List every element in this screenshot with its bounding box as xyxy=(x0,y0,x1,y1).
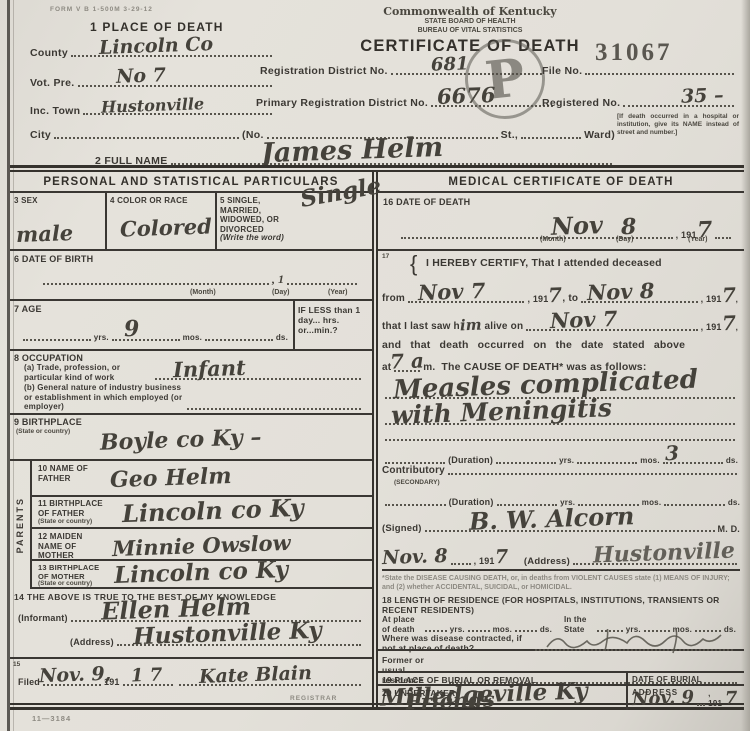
signed-address-line: Hustonville xyxy=(573,563,737,565)
death-certificate-scan: FORM V B 1-500M 3-29-12 1 PLACE OF DEATH… xyxy=(0,0,750,731)
to-line: Nov 8 xyxy=(581,301,697,303)
signed-label: (Signed) xyxy=(382,523,422,534)
town-field: Inc. Town Hustonville xyxy=(30,91,275,117)
to-year-printed: , 191 xyxy=(701,294,722,305)
signed-year-printed: , 191 xyxy=(474,556,495,567)
father-name-value: Geo Helm xyxy=(110,465,232,491)
age-ds-line xyxy=(205,339,273,341)
section-place-of-death-title: 1 PLACE OF DEATH xyxy=(90,20,224,34)
dob-fragment: , 1 xyxy=(272,272,284,287)
age-mos-value: 9 xyxy=(123,318,139,341)
age-cell-divider xyxy=(293,301,295,349)
filed-section-number: 15 xyxy=(13,661,20,669)
town-label: Inc. Town xyxy=(30,105,80,117)
town-line: Hustonville xyxy=(83,113,272,115)
precinct-line: No 7 xyxy=(78,85,272,87)
birthplace-label: 9 BIRTHPLACE xyxy=(14,417,82,428)
dod-label: 16 DATE OF DEATH xyxy=(383,197,470,208)
city-line xyxy=(54,137,239,139)
contributory-line xyxy=(448,473,737,475)
contracted-label: Where was disease contracted, if not at … xyxy=(382,633,532,653)
mother-birthplace-value: Lincoln co Ky xyxy=(114,558,289,587)
m-label: m. xyxy=(423,362,435,374)
occurred-text: and that death occurred on the date stat… xyxy=(382,339,734,352)
mother-name-value: Minnie Owslow xyxy=(112,532,291,559)
dob-line-2 xyxy=(287,283,357,285)
header-divider xyxy=(10,165,744,172)
registrar-line: Kate Blain xyxy=(179,684,361,686)
dur2-lead xyxy=(385,504,446,506)
to-label: , to xyxy=(562,293,578,305)
duration-yrs-line xyxy=(496,462,556,464)
registration-district-value: 681 xyxy=(430,55,468,74)
filed-date-line: Nov. 9, xyxy=(43,684,101,686)
county-value: Lincoln Co xyxy=(99,35,214,58)
duration-mos-line xyxy=(577,462,637,464)
certificate: FORM V B 1-500M 3-29-12 1 PLACE OF DEATH… xyxy=(10,3,744,710)
from-line: Nov 7 xyxy=(408,301,524,303)
row-father-birthplace: 11 BIRTHPLACE OF FATHER (State or countr… xyxy=(32,497,372,529)
informant-address-label: (Address) xyxy=(70,637,114,648)
to-year-value: 7 xyxy=(721,285,736,305)
row-date-of-death: 16 DATE OF DEATH Nov 8 , 191 7 (Month) (… xyxy=(378,193,744,251)
registrar-label: REGISTRAR xyxy=(290,695,337,703)
dur2-ds-line xyxy=(664,504,725,506)
file-number-field: File No. xyxy=(542,61,737,77)
contracted-line xyxy=(535,649,733,651)
sd-line xyxy=(451,563,471,565)
age-yrs-label: yrs. xyxy=(94,333,109,343)
row-mother-birthplace: 13 BIRTHPLACE OF MOTHER (State or countr… xyxy=(32,561,372,589)
registered-number-line: 35 – xyxy=(623,105,734,107)
street-label: St., xyxy=(501,129,519,141)
saw-line: Nov 7 xyxy=(526,329,697,331)
at-value: 7 a xyxy=(390,350,425,371)
age-ds-label: ds. xyxy=(276,333,288,343)
cause-footnote: *State the DISEASE CAUSING DEATH, or, in… xyxy=(382,575,738,593)
full-name-field: 2 FULL NAME James Helm xyxy=(95,143,615,167)
dob-year-caption: (Year) xyxy=(328,289,347,296)
cell-divider-1 xyxy=(105,193,107,249)
res1-mos-line xyxy=(468,630,490,632)
signed-address-label: (Address) xyxy=(524,556,570,567)
precinct-field: Vot. Pre. No 7 xyxy=(30,63,275,89)
saw-year-printed: , 191 xyxy=(701,322,722,333)
age-mos-label: mos. xyxy=(183,333,202,343)
signed-address-value: Hustonville xyxy=(593,540,736,567)
cause-value-2: with Meningitis xyxy=(391,395,613,428)
informant-address-line: Hustonville Ky xyxy=(117,644,361,646)
informant-label: (Informant) xyxy=(18,613,68,624)
ward-label: Ward) xyxy=(584,129,615,141)
parents-strip: PARENTS xyxy=(10,461,32,589)
dur2-ds: ds. xyxy=(728,498,740,508)
duration-lead-line xyxy=(385,462,445,464)
from-year-value: 7 xyxy=(548,285,563,305)
commonwealth-line: Commonwealth of Kentucky xyxy=(340,5,600,18)
contributory-label: Contributory xyxy=(382,465,445,477)
mother-birthplace-label: 13 BIRTHPLACE OF MOTHER xyxy=(38,563,108,581)
filed-year-line: 1 7 xyxy=(123,684,173,686)
medical-section-title: MEDICAL CERTIFICATE OF DEATH xyxy=(378,172,744,193)
row-filed: 15 Filed Nov. 9, 191 1 7 Kate Blain REGI… xyxy=(10,659,372,710)
saw-value: Nov 7 xyxy=(550,308,618,331)
signed-line: B. W. Alcorn xyxy=(425,530,715,532)
signed-date-address-field: Nov. 8 , 191 7 (Address) Hustonville xyxy=(382,549,740,571)
occupation-a-value: Infant xyxy=(173,357,246,381)
illegible-handwriting-scrawl xyxy=(545,629,725,655)
dur2-mos: mos. xyxy=(642,498,661,508)
sex-label: 3 SEX xyxy=(14,196,38,206)
registered-number-field: Registered No. 35 – xyxy=(542,89,737,109)
to-value: Nov 8 xyxy=(587,280,655,303)
precinct-value: No 7 xyxy=(115,66,166,87)
city-label: City xyxy=(30,129,51,141)
undertaker-address-label: ADDRESS xyxy=(632,688,678,698)
age-mos-line: 9 xyxy=(112,339,180,341)
row-occupation: 8 OCCUPATION (a) Trade, profession, or p… xyxy=(10,351,372,415)
hospital-note: [If death occurred in a hospital or inst… xyxy=(617,113,739,137)
certify-text: I HEREBY CERTIFY, That I attended deceas… xyxy=(426,257,662,270)
row-undertaker: 20 UNDERTAKER Friends ADDRESS xyxy=(378,684,744,710)
birthplace-value: Boyle co Ky – xyxy=(100,426,262,454)
primary-district-label: Primary Registration District No. xyxy=(256,97,428,109)
res1-yrs-line xyxy=(425,630,447,632)
occupation-a-label: (a) Trade, profession, or particular kin… xyxy=(24,363,152,382)
cell-divider-2 xyxy=(215,193,217,249)
dob-day-caption: (Day) xyxy=(272,289,290,296)
county-field: County Lincoln Co xyxy=(30,33,275,59)
full-name-value: James Helm xyxy=(260,134,443,167)
cause-line-2: with Meningitis xyxy=(385,423,735,425)
bureau-line: BUREAU OF VITAL STATISTICS xyxy=(340,27,600,36)
undertaker-cell-divider xyxy=(626,686,628,710)
signed-year-value: 7 xyxy=(494,548,508,567)
form-footer-code: 11—3184 xyxy=(32,714,71,723)
father-birthplace-label: 11 BIRTHPLACE OF FATHER xyxy=(38,499,108,518)
from-year-printed: , 191 xyxy=(527,294,548,305)
file-number-label: File No. xyxy=(542,65,582,77)
row-residence: 18 LENGTH OF RESIDENCE (FOR HOSPITALS, I… xyxy=(378,595,744,651)
at-line: 7 a xyxy=(394,370,420,372)
dob-line xyxy=(43,283,269,285)
marital-label: 5 SINGLE, MARRIED, WIDOWED, OR DIVORCED xyxy=(220,196,294,234)
from-value: Nov 7 xyxy=(418,280,486,303)
filed-year-value: 1 7 xyxy=(130,666,162,685)
certify-brace: { xyxy=(410,251,417,277)
saw-label: that I last saw h xyxy=(382,321,460,333)
res1-ds-line xyxy=(515,630,537,632)
row-date-of-birth: 6 DATE OF BIRTH , 1 (Month) (Day) (Year) xyxy=(10,251,372,301)
certify-section-number: 17 xyxy=(382,253,389,261)
registered-number-value: 35 – xyxy=(681,86,724,106)
row-certification: 17 { I HEREBY CERTIFY, That I attended d… xyxy=(378,251,744,461)
row-age: 7 AGE yrs. 9 mos. ds. IF LESS than 1 day… xyxy=(10,301,372,351)
signed-field: (Signed) B. W. Alcorn M. D. xyxy=(382,523,740,534)
row-sex-race-marital: 3 SEX male 4 COLOR OR RACE Colored 5 SIN… xyxy=(10,193,372,251)
from-label: from xyxy=(382,293,405,305)
alive-label: alive on xyxy=(484,321,523,333)
dod-day-caption: (Day) xyxy=(616,236,634,243)
age-note: IF LESS than 1 day... hrs. or...min.? xyxy=(298,305,364,336)
at-place-label: At place of death xyxy=(382,615,422,634)
contributory-field: Contributory xyxy=(382,465,740,477)
row-birthplace: 9 BIRTHPLACE (State or country) Boyle co… xyxy=(10,415,372,461)
stamp-letter: P xyxy=(482,47,527,112)
filed-label: Filed xyxy=(18,677,40,688)
row-father-name: 10 NAME OF FATHER Geo Helm xyxy=(32,461,372,497)
form-code: FORM V B 1-500M 3-29-12 xyxy=(50,6,153,14)
header-center: Commonwealth of Kentucky STATE BOARD OF … xyxy=(340,5,600,56)
age-label: 7 AGE xyxy=(14,304,42,315)
father-birthplace-note: (State or country) xyxy=(38,518,92,526)
registration-district-label: Registration District No. xyxy=(260,65,388,77)
md-label: M. D. xyxy=(718,524,741,535)
duration-ds-value: 3 xyxy=(664,443,679,463)
birthplace-note: (State or country) xyxy=(16,428,70,436)
dob-label: 6 DATE OF BIRTH xyxy=(14,254,93,265)
father-name-label: 10 NAME OF FATHER xyxy=(38,464,98,483)
mother-birthplace-note: (State or country) xyxy=(38,580,92,588)
county-label: County xyxy=(30,47,68,59)
sex-value: male xyxy=(16,222,74,245)
saw-year-value: 7 xyxy=(721,313,736,333)
street-line xyxy=(521,137,581,139)
registered-number-label: Registered No. xyxy=(542,97,620,109)
filed-date-value: Nov. 9, xyxy=(39,665,112,687)
county-line: Lincoln Co xyxy=(71,55,272,57)
dod-year-caption: (Year) xyxy=(688,236,707,243)
registrar-value: Kate Blain xyxy=(198,664,312,687)
race-value: Colored xyxy=(120,215,213,239)
board-line: STATE BOARD OF HEALTH xyxy=(340,18,600,27)
duration-ds-line: 3 xyxy=(663,462,723,464)
father-birthplace-value: Lincoln co Ky xyxy=(122,496,304,526)
occupation-b-line xyxy=(187,408,361,410)
undertaker-value: Friends xyxy=(406,688,495,712)
informant-address-value: Hustonville Ky xyxy=(132,619,321,649)
secondary-note: (SECONDARY) xyxy=(394,479,440,487)
certificate-title: CERTIFICATE OF DEATH xyxy=(340,37,600,56)
dod-day-value: 8 xyxy=(621,216,637,239)
mother-name-label: 12 MAIDEN NAME OF MOTHER xyxy=(38,532,102,561)
marital-note: (Write the word) xyxy=(220,233,284,243)
signed-date-value: Nov. 8 xyxy=(382,547,448,568)
dod-line-end xyxy=(715,237,731,239)
parents-label: PARENTS xyxy=(15,497,25,553)
age-yrs-line xyxy=(23,339,91,341)
occupation-b-label: (b) General nature of industry business … xyxy=(24,383,184,412)
file-number-line xyxy=(585,73,734,75)
row-informant: 14 THE ABOVE IS TRUE TO THE BEST OF MY K… xyxy=(10,589,372,659)
saw-hw-suffix: im xyxy=(460,318,482,334)
race-label: 4 COLOR OR RACE xyxy=(110,196,188,206)
town-value: Hustonville xyxy=(101,96,205,116)
row-mother-name: 12 MAIDEN NAME OF MOTHER Minnie Owslow xyxy=(32,529,372,561)
dod-month-caption: (Month) xyxy=(540,236,566,243)
occupation-a-line: Infant xyxy=(155,378,361,380)
precinct-label: Vot. Pre. xyxy=(30,77,75,89)
dob-month-caption: (Month) xyxy=(190,289,216,296)
cause-line-3 xyxy=(385,439,735,441)
signed-value: B. W. Alcorn xyxy=(468,505,634,535)
residence-label: 18 LENGTH OF RESIDENCE (FOR HOSPITALS, I… xyxy=(382,595,736,615)
